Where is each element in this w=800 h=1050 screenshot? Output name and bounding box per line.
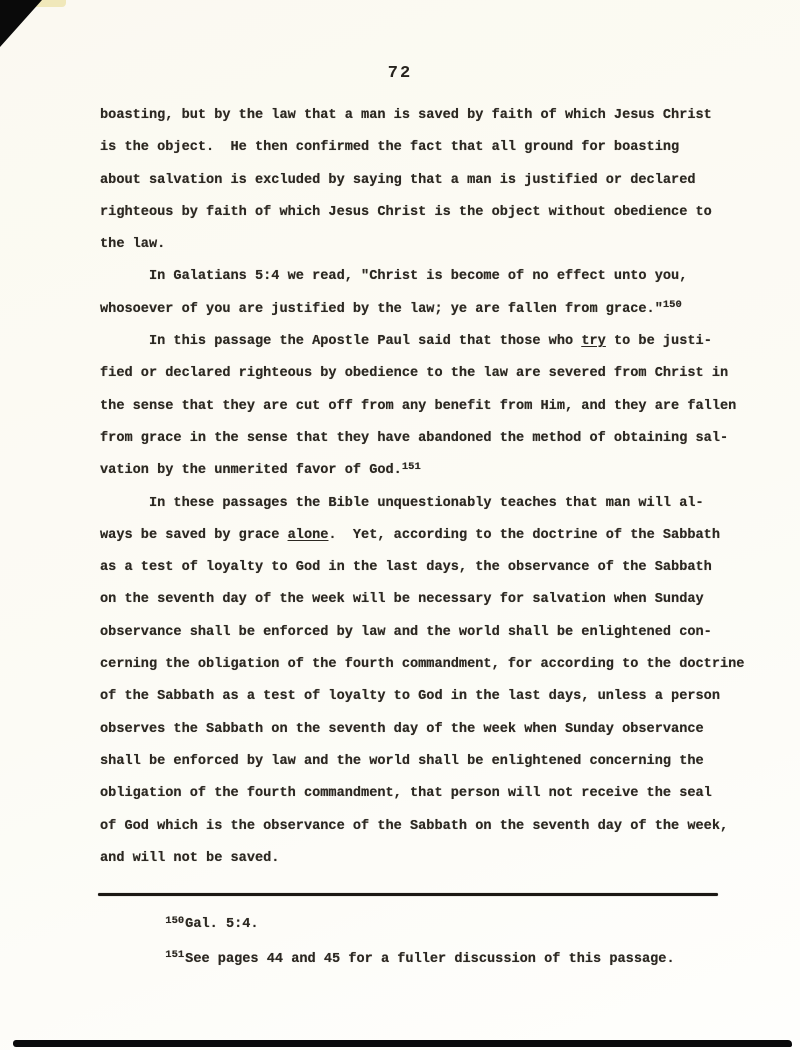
text-line: about salvation is excluded by saying th… bbox=[100, 165, 760, 197]
text-line: cerning the obligation of the fourth com… bbox=[100, 649, 760, 681]
body-text: boasting, but by the law that a man is s… bbox=[100, 100, 760, 875]
text-line: In these passages the Bible unquestionab… bbox=[100, 488, 760, 520]
underlined-word: alone bbox=[288, 528, 329, 543]
text-line: obligation of the fourth commandment, th… bbox=[100, 778, 760, 810]
text-line: In this passage the Apostle Paul said th… bbox=[100, 326, 760, 358]
scan-bottom-artifact bbox=[13, 1040, 792, 1047]
text-line: whosoever of you are justified by the la… bbox=[100, 294, 760, 326]
page-number: 72 bbox=[0, 64, 800, 83]
footnote-separator-line bbox=[98, 893, 718, 896]
text-line: vation by the unmerited favor of God.151 bbox=[100, 455, 760, 487]
scan-corner-artifact bbox=[0, 0, 42, 47]
text-line: of God which is the observance of the Sa… bbox=[100, 811, 760, 843]
footnote: 151See pages 44 and 45 for a fuller disc… bbox=[100, 943, 760, 978]
text-line: shall be enforced by law and the world s… bbox=[100, 746, 760, 778]
text-line: as a test of loyalty to God in the last … bbox=[100, 552, 760, 584]
text-line: In Galatians 5:4 we read, "Christ is bec… bbox=[100, 261, 760, 293]
text-line: from grace in the sense that they have a… bbox=[100, 423, 760, 455]
document-page: 72 boasting, but by the law that a man i… bbox=[0, 0, 800, 1050]
text-line: on the seventh day of the week will be n… bbox=[100, 584, 760, 616]
footnote-reference: 150 bbox=[663, 299, 682, 311]
text-line: observes the Sabbath on the seventh day … bbox=[100, 714, 760, 746]
text-line: and will not be saved. bbox=[100, 843, 760, 875]
text-line: boasting, but by the law that a man is s… bbox=[100, 100, 760, 132]
text-line: righteous by faith of which Jesus Christ… bbox=[100, 197, 760, 229]
text-line: is the object. He then confirmed the fac… bbox=[100, 132, 760, 164]
text-line: the sense that they are cut off from any… bbox=[100, 391, 760, 423]
footnote: 150Gal. 5:4. bbox=[100, 908, 760, 943]
underlined-word: try bbox=[581, 334, 605, 349]
footnote-reference: 151 bbox=[165, 949, 184, 961]
footnote-reference: 150 bbox=[165, 915, 184, 927]
text-line: of the Sabbath as a test of loyalty to G… bbox=[100, 681, 760, 713]
footnote-reference: 151 bbox=[402, 461, 421, 473]
text-line: the law. bbox=[100, 229, 760, 261]
footnotes: 150Gal. 5:4. 151See pages 44 and 45 for … bbox=[100, 908, 760, 977]
text-line: ways be saved by grace alone. Yet, accor… bbox=[100, 520, 760, 552]
text-line: fied or declared righteous by obedience … bbox=[100, 358, 760, 390]
text-line: observance shall be enforced by law and … bbox=[100, 617, 760, 649]
